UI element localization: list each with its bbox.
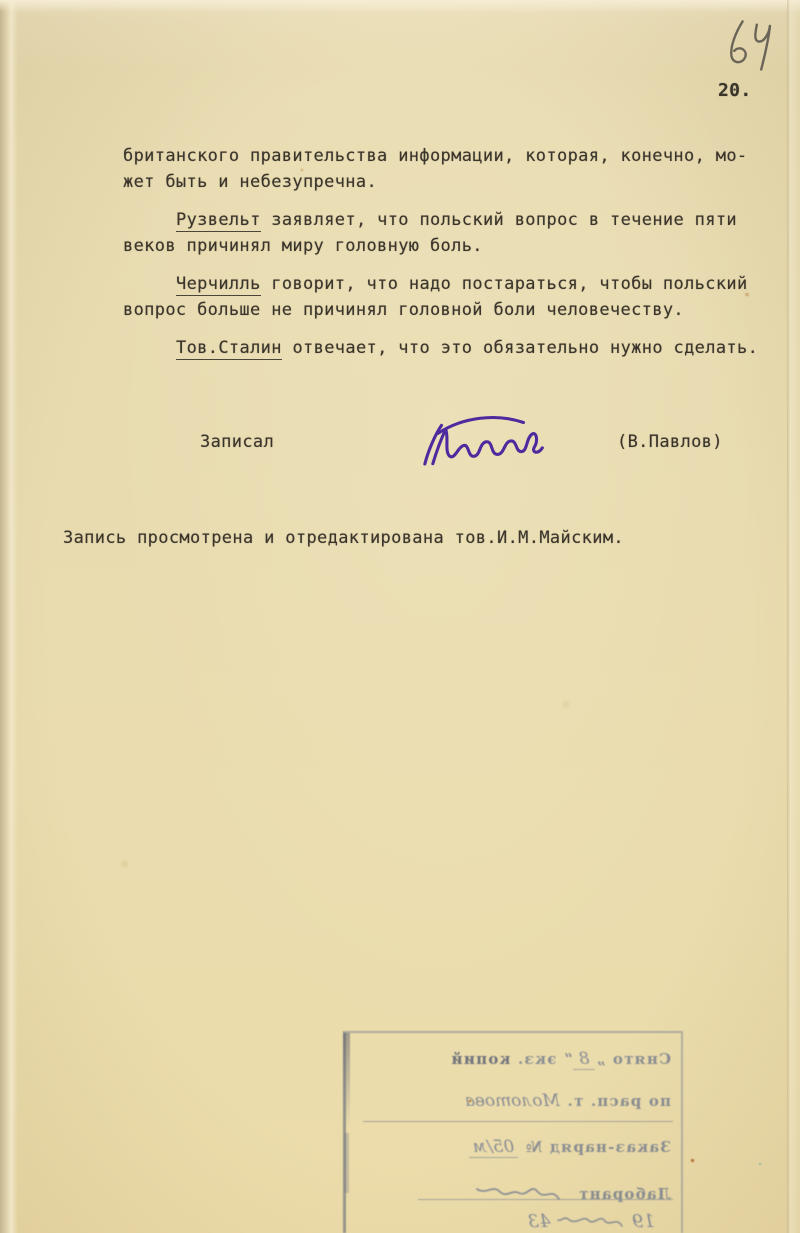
stamp-rule-2 [418,1199,673,1200]
foxing-spot [758,1162,762,1166]
foxing-spot [300,168,304,172]
paragraph-1-line-1: британского правительства информации, ко… [123,146,748,166]
recorded-by-name: (В.Павлов) [617,432,723,452]
stamp-worksheet-prefix: Заказ-наряд № [518,1138,671,1156]
stamp-line-worksheet: Заказ-наряд № 05/м [469,1137,671,1157]
signature-strokes [415,408,547,471]
stamp-handwritten-signature [473,1181,563,1205]
footer-note: Запись просмотрена и отредактирована тов… [63,528,624,548]
foxing-spot [690,1158,695,1163]
stamp-copies-mid: “ экз. [510,1050,572,1068]
stamp-copies-count: 8 [573,1049,596,1070]
foxing-spot [744,292,750,297]
stamp-rule-1 [363,1121,673,1122]
page-left-edge [0,0,18,1233]
stamp-line-order: по расп. т. Молотова [465,1091,671,1111]
stamp-copies-word: копий [450,1050,510,1068]
page-right-edge [787,0,800,1233]
paragraph-1-line-2: жет быть и небезупречна. [123,172,377,192]
stamp-line-copies: Снято „8“ экз. копий [450,1049,671,1069]
stamp-date-year: 43 [528,1211,551,1232]
stamp-order-prefix: по расп. т. [560,1092,671,1110]
foxing-spot [468,1099,472,1103]
document-body: британского правительства информации, ко… [123,143,778,373]
paragraph-4-line-1: отвечает, что это обязательно нужно сдел… [282,338,758,358]
stamp-line-laborant: Лаборант [473,1181,671,1205]
pencil-folio-number: 64 [719,16,784,77]
stamp-order-name: Молотова [465,1091,560,1111]
speaker-stalin: Тов.Сталин [176,338,282,360]
stamp-ink-smudge-2 [344,1133,349,1193]
foxing-spot [120,860,130,868]
page-number: 20. [718,80,752,101]
paragraph-3-line-2: вопрос больше не причинял головной боли … [123,300,684,320]
scanned-document: { "page": { "folio_number": "64", "page_… [0,0,800,1233]
stamp-worksheet-number: 05/м [469,1137,518,1158]
paragraph-2-line-1: заявляет, что польский вопрос в течение … [261,210,737,230]
recorded-by-label: Записал [200,432,274,452]
pavlov-ink-signature [415,408,547,471]
paragraph-3-line-1: говорит, что надо постараться, чтобы пол… [261,274,748,294]
stamp-laborant-prefix: Лаборант [578,1185,671,1203]
pencil-folio-strokes [719,16,784,77]
stamp-date-day: 19 [632,1211,655,1232]
paragraph-3: Черчилль говорит, что надо постараться, … [123,271,778,323]
stamp-date-squiggle [556,1212,626,1232]
stamp-copies-prefix: Снято „ [595,1050,671,1068]
mirrored-copy-stamp: Снято „8“ экз. копий по расп. т. Молотов… [343,1031,683,1233]
paragraph-2-line-2: веков причинял миру головную боль. [123,236,483,256]
foxing-spot [560,700,572,709]
speaker-churchill: Черчилль [176,274,261,296]
stamp-line-date: 19 43 [528,1211,655,1232]
paragraph-4: Тов.Сталин отвечает, что это обязательно… [123,335,778,361]
speaker-roosevelt: Рузвельт [176,210,261,232]
paragraph-1: британского правительства информации, ко… [123,143,778,195]
stamp-ink-smudge [343,1033,350,1128]
paragraph-2: Рузвельт заявляет, что польский вопрос в… [123,207,778,259]
page-top-edge [0,0,800,12]
